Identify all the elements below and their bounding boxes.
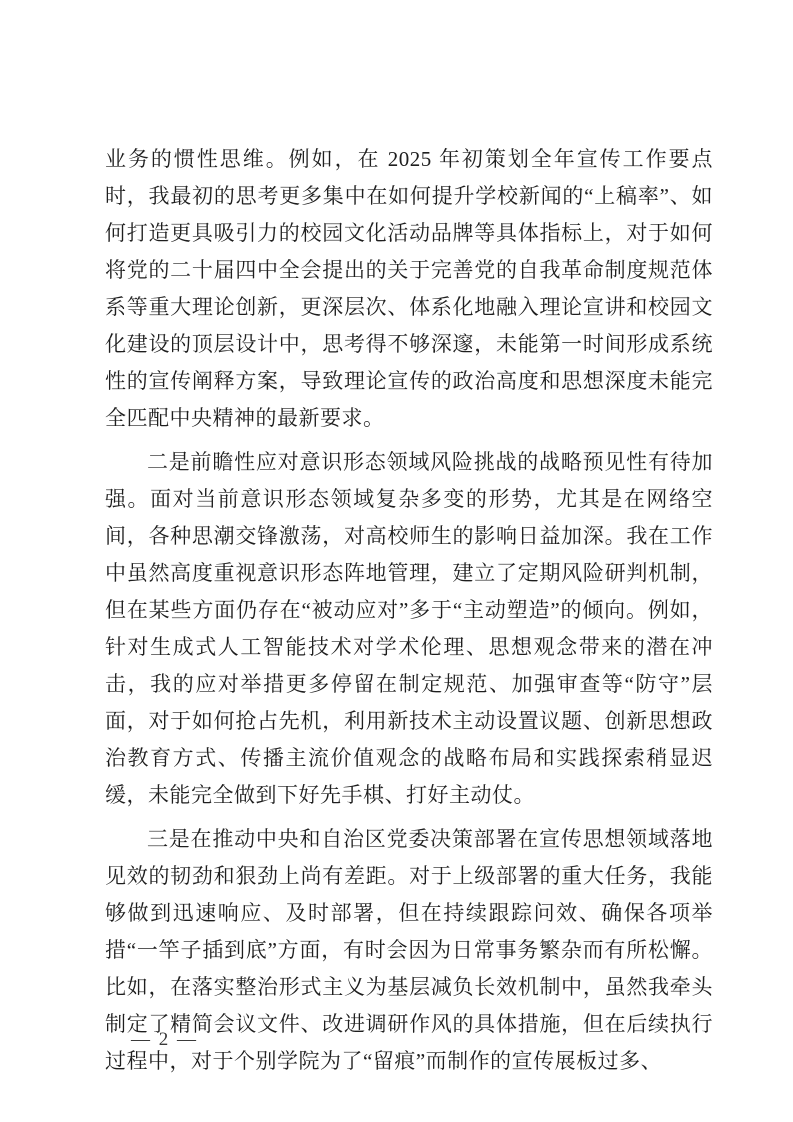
page-number: — 2 —	[131, 1029, 198, 1050]
document-page: 业务的惯性思维。例如，在 2025 年初策划全年宣传工作要点时，我最初的思考更多…	[0, 0, 793, 1122]
page-footer: — 2 —	[131, 1028, 198, 1052]
paragraph-continuation: 业务的惯性思维。例如，在 2025 年初策划全年宣传工作要点时，我最初的思考更多…	[105, 141, 713, 437]
paragraph-point-two: 二是前瞻性应对意识形态领域风险挑战的战略预见性有待加强。面对当前意识形态领域复杂…	[105, 444, 713, 814]
document-body: 业务的惯性思维。例如，在 2025 年初策划全年宣传工作要点时，我最初的思考更多…	[105, 141, 713, 1080]
